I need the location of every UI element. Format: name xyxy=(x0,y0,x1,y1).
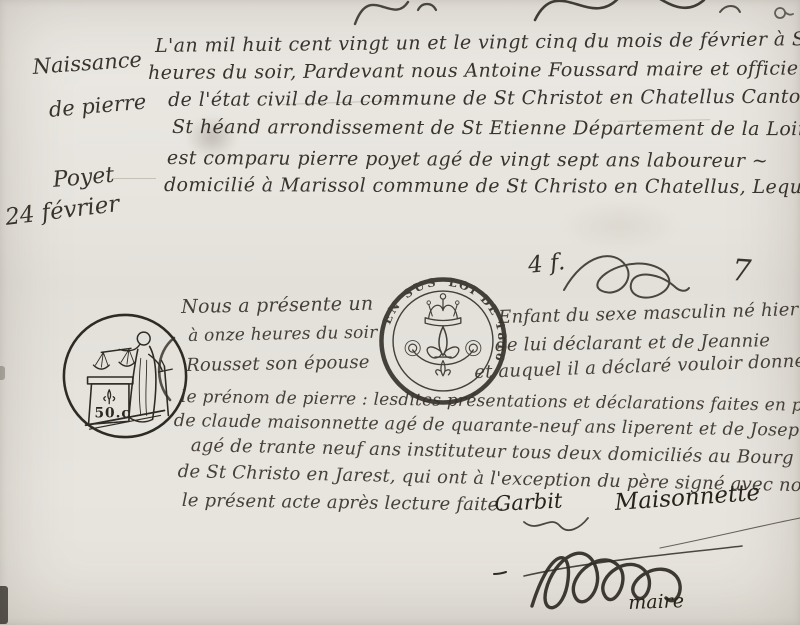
act-line: Rousset son épouse xyxy=(186,354,370,375)
margin-note-date: 24 février xyxy=(4,193,121,230)
signature-flourish-line xyxy=(660,512,800,552)
margin-dash xyxy=(112,178,156,179)
parenthesis-stroke xyxy=(150,336,180,402)
margin-note-line: Naissance xyxy=(32,49,143,78)
act-line: Enfant du sexe masculin né hier xyxy=(498,301,799,327)
folio-number: 7 xyxy=(731,256,752,287)
act-line: domicilié à Marissol commune de St Chris… xyxy=(164,176,800,197)
paper-stain xyxy=(560,200,680,250)
act-line: et auquel il a déclaré vouloir donné xyxy=(474,352,800,382)
mayor-title: maire xyxy=(628,592,684,613)
cut-off-signature-strokes xyxy=(300,0,800,30)
act-line: Nous a présente un xyxy=(181,295,373,317)
scanned-document-page: Naissance de pierre Poyet 24 février L'a… xyxy=(0,0,800,625)
act-line: de l'état civil de la commune de St Chri… xyxy=(168,87,800,110)
edge-smudge xyxy=(0,586,8,624)
official-seal: EN SUS LOI DE 1816 xyxy=(377,275,509,407)
margin-note-line: Poyet xyxy=(52,165,115,192)
act-line: heures du soir, Pardevant nous Antoine F… xyxy=(148,59,800,83)
edge-smudge-small xyxy=(0,366,5,380)
act-line: L'an mil huit cent vingt un et le vingt … xyxy=(155,30,800,56)
act-line: St héand arrondissement de St Etienne Dé… xyxy=(172,118,800,139)
act-line: de lui déclarant et de Jeannie xyxy=(495,332,770,355)
seal-art: EN SUS LOI DE 1816 xyxy=(380,275,510,403)
paraph-flourish xyxy=(556,248,691,306)
act-line: le présent acte après lecture faite. xyxy=(182,492,505,515)
act-line: à onze heures du soir xyxy=(188,325,378,345)
fiscal-stamp-value: 50.c xyxy=(94,405,130,421)
margin-note-line: de pierre xyxy=(48,91,147,120)
act-line: est comparu pierre poyet agé de vingt se… xyxy=(167,149,768,171)
